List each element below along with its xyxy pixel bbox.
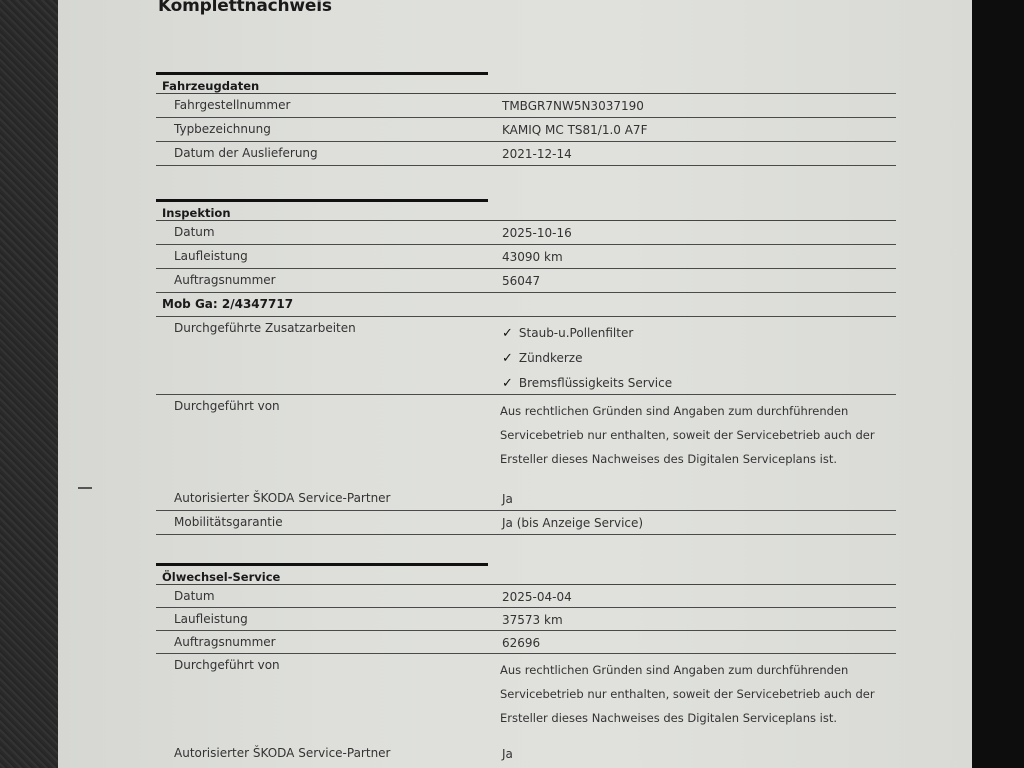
table-row: Datum der Auslieferung 2021-12-14	[156, 142, 896, 166]
row-value: KAMIQ MC TS81/1.0 A7F	[502, 123, 647, 137]
section-fahrzeugdaten: Fahrzeugdaten Fahrgestellnummer TMBGR7NW…	[156, 72, 896, 166]
row-label: Datum der Auslieferung	[174, 146, 318, 160]
section-heading: Inspektion	[156, 202, 896, 221]
section-inspektion: Inspektion Datum 2025-10-16 Laufleistung…	[156, 199, 896, 535]
table-row: Laufleistung 43090 km	[156, 245, 896, 269]
row-label: Auftragsnummer	[174, 635, 276, 649]
table-row: Laufleistung 37573 km	[156, 608, 896, 631]
background-leather	[0, 0, 60, 768]
row-value: Ja (bis Anzeige Service)	[502, 516, 643, 530]
row-label: Datum	[174, 225, 215, 239]
row-value: 56047	[502, 274, 540, 288]
item-label: Staub-u.Pollenfilter	[519, 326, 633, 340]
partner-row: Autorisierter ŠKODA Service-Partner Ja	[156, 742, 896, 766]
notice-line: Ersteller dieses Nachweises des Digitale…	[500, 447, 880, 471]
row-label: Autorisierter ŠKODA Service-Partner	[174, 746, 391, 760]
table-row: Datum 2025-10-16	[156, 221, 896, 245]
table-row: Datum 2025-04-04	[156, 585, 896, 608]
legal-notice: Aus rechtlichen Gründen sind Angaben zum…	[500, 399, 880, 471]
section-heading: Fahrzeugdaten	[156, 75, 896, 94]
row-value: 62696	[502, 636, 540, 650]
item-label: Bremsflüssigkeits Service	[519, 376, 672, 390]
row-label: Laufleistung	[174, 249, 248, 263]
notice-line: Aus rechtlichen Gründen sind Angaben zum…	[500, 399, 880, 423]
section-heading: Ölwechsel-Service	[156, 566, 896, 585]
mob-ga-label: Mob Ga: 2/4347717	[162, 297, 293, 311]
checkmark-icon: ✓	[502, 326, 513, 341]
section-oelwechsel: Ölwechsel-Service Datum 2025-04-04 Laufl…	[156, 563, 896, 766]
durchgefuehrt-row: Durchgeführt von Aus rechtlichen Gründen…	[156, 395, 896, 487]
row-value: 2025-04-04	[502, 590, 572, 604]
row-label: Auftragsnummer	[174, 273, 276, 287]
row-value: TMBGR7NW5N3037190	[502, 99, 644, 113]
zusatzarbeiten-list: ✓Staub-u.Pollenfilter ✓Zündkerze ✓Bremsf…	[502, 321, 672, 396]
margin-mark	[78, 487, 92, 489]
document-page: Komplettnachweis Fahrzeugdaten Fahrgeste…	[58, 0, 972, 768]
row-label: Durchgeführt von	[174, 658, 280, 672]
row-value: 37573 km	[502, 613, 563, 627]
table-row: Fahrgestellnummer TMBGR7NW5N3037190	[156, 94, 896, 118]
row-value: Ja	[502, 492, 513, 506]
legal-notice: Aus rechtlichen Gründen sind Angaben zum…	[500, 658, 880, 730]
list-item: ✓Bremsflüssigkeits Service	[502, 371, 672, 396]
row-label: Fahrgestellnummer	[174, 98, 290, 112]
zusatzarbeiten-row: Durchgeführte Zusatzarbeiten ✓Staub-u.Po…	[156, 317, 896, 395]
mobilitaet-row: Mobilitätsgarantie Ja (bis Anzeige Servi…	[156, 511, 896, 535]
row-value: 2021-12-14	[502, 147, 572, 161]
list-item: ✓Zündkerze	[502, 346, 672, 371]
row-value: 2025-10-16	[502, 226, 572, 240]
row-label: Mobilitätsgarantie	[174, 515, 283, 529]
row-value: 43090 km	[502, 250, 563, 264]
row-value: Ja	[502, 747, 513, 761]
checkmark-icon: ✓	[502, 351, 513, 366]
row-label: Datum	[174, 589, 215, 603]
row-label: Durchgeführt von	[174, 399, 280, 413]
notice-line: Ersteller dieses Nachweises des Digitale…	[500, 706, 880, 730]
partner-row: Autorisierter ŠKODA Service-Partner Ja	[156, 487, 896, 511]
mob-ga-row: Mob Ga: 2/4347717	[156, 293, 896, 317]
table-row: Typbezeichnung KAMIQ MC TS81/1.0 A7F	[156, 118, 896, 142]
row-label: Autorisierter ŠKODA Service-Partner	[174, 491, 391, 505]
table-row: Auftragsnummer 62696	[156, 631, 896, 654]
row-label: Laufleistung	[174, 612, 248, 626]
list-item: ✓Staub-u.Pollenfilter	[502, 321, 672, 346]
item-label: Zündkerze	[519, 351, 583, 365]
durchgefuehrt-row: Durchgeführt von Aus rechtlichen Gründen…	[156, 654, 896, 742]
checkmark-icon: ✓	[502, 376, 513, 391]
row-label: Typbezeichnung	[174, 122, 271, 136]
table-row: Auftragsnummer 56047	[156, 269, 896, 293]
background-dark	[972, 0, 1024, 768]
notice-line: Aus rechtlichen Gründen sind Angaben zum…	[500, 658, 880, 682]
notice-line: Servicebetrieb nur enthalten, soweit der…	[500, 682, 880, 706]
page-title: Komplettnachweis	[158, 0, 332, 16]
notice-line: Servicebetrieb nur enthalten, soweit der…	[500, 423, 880, 447]
row-label: Durchgeführte Zusatzarbeiten	[174, 321, 356, 335]
